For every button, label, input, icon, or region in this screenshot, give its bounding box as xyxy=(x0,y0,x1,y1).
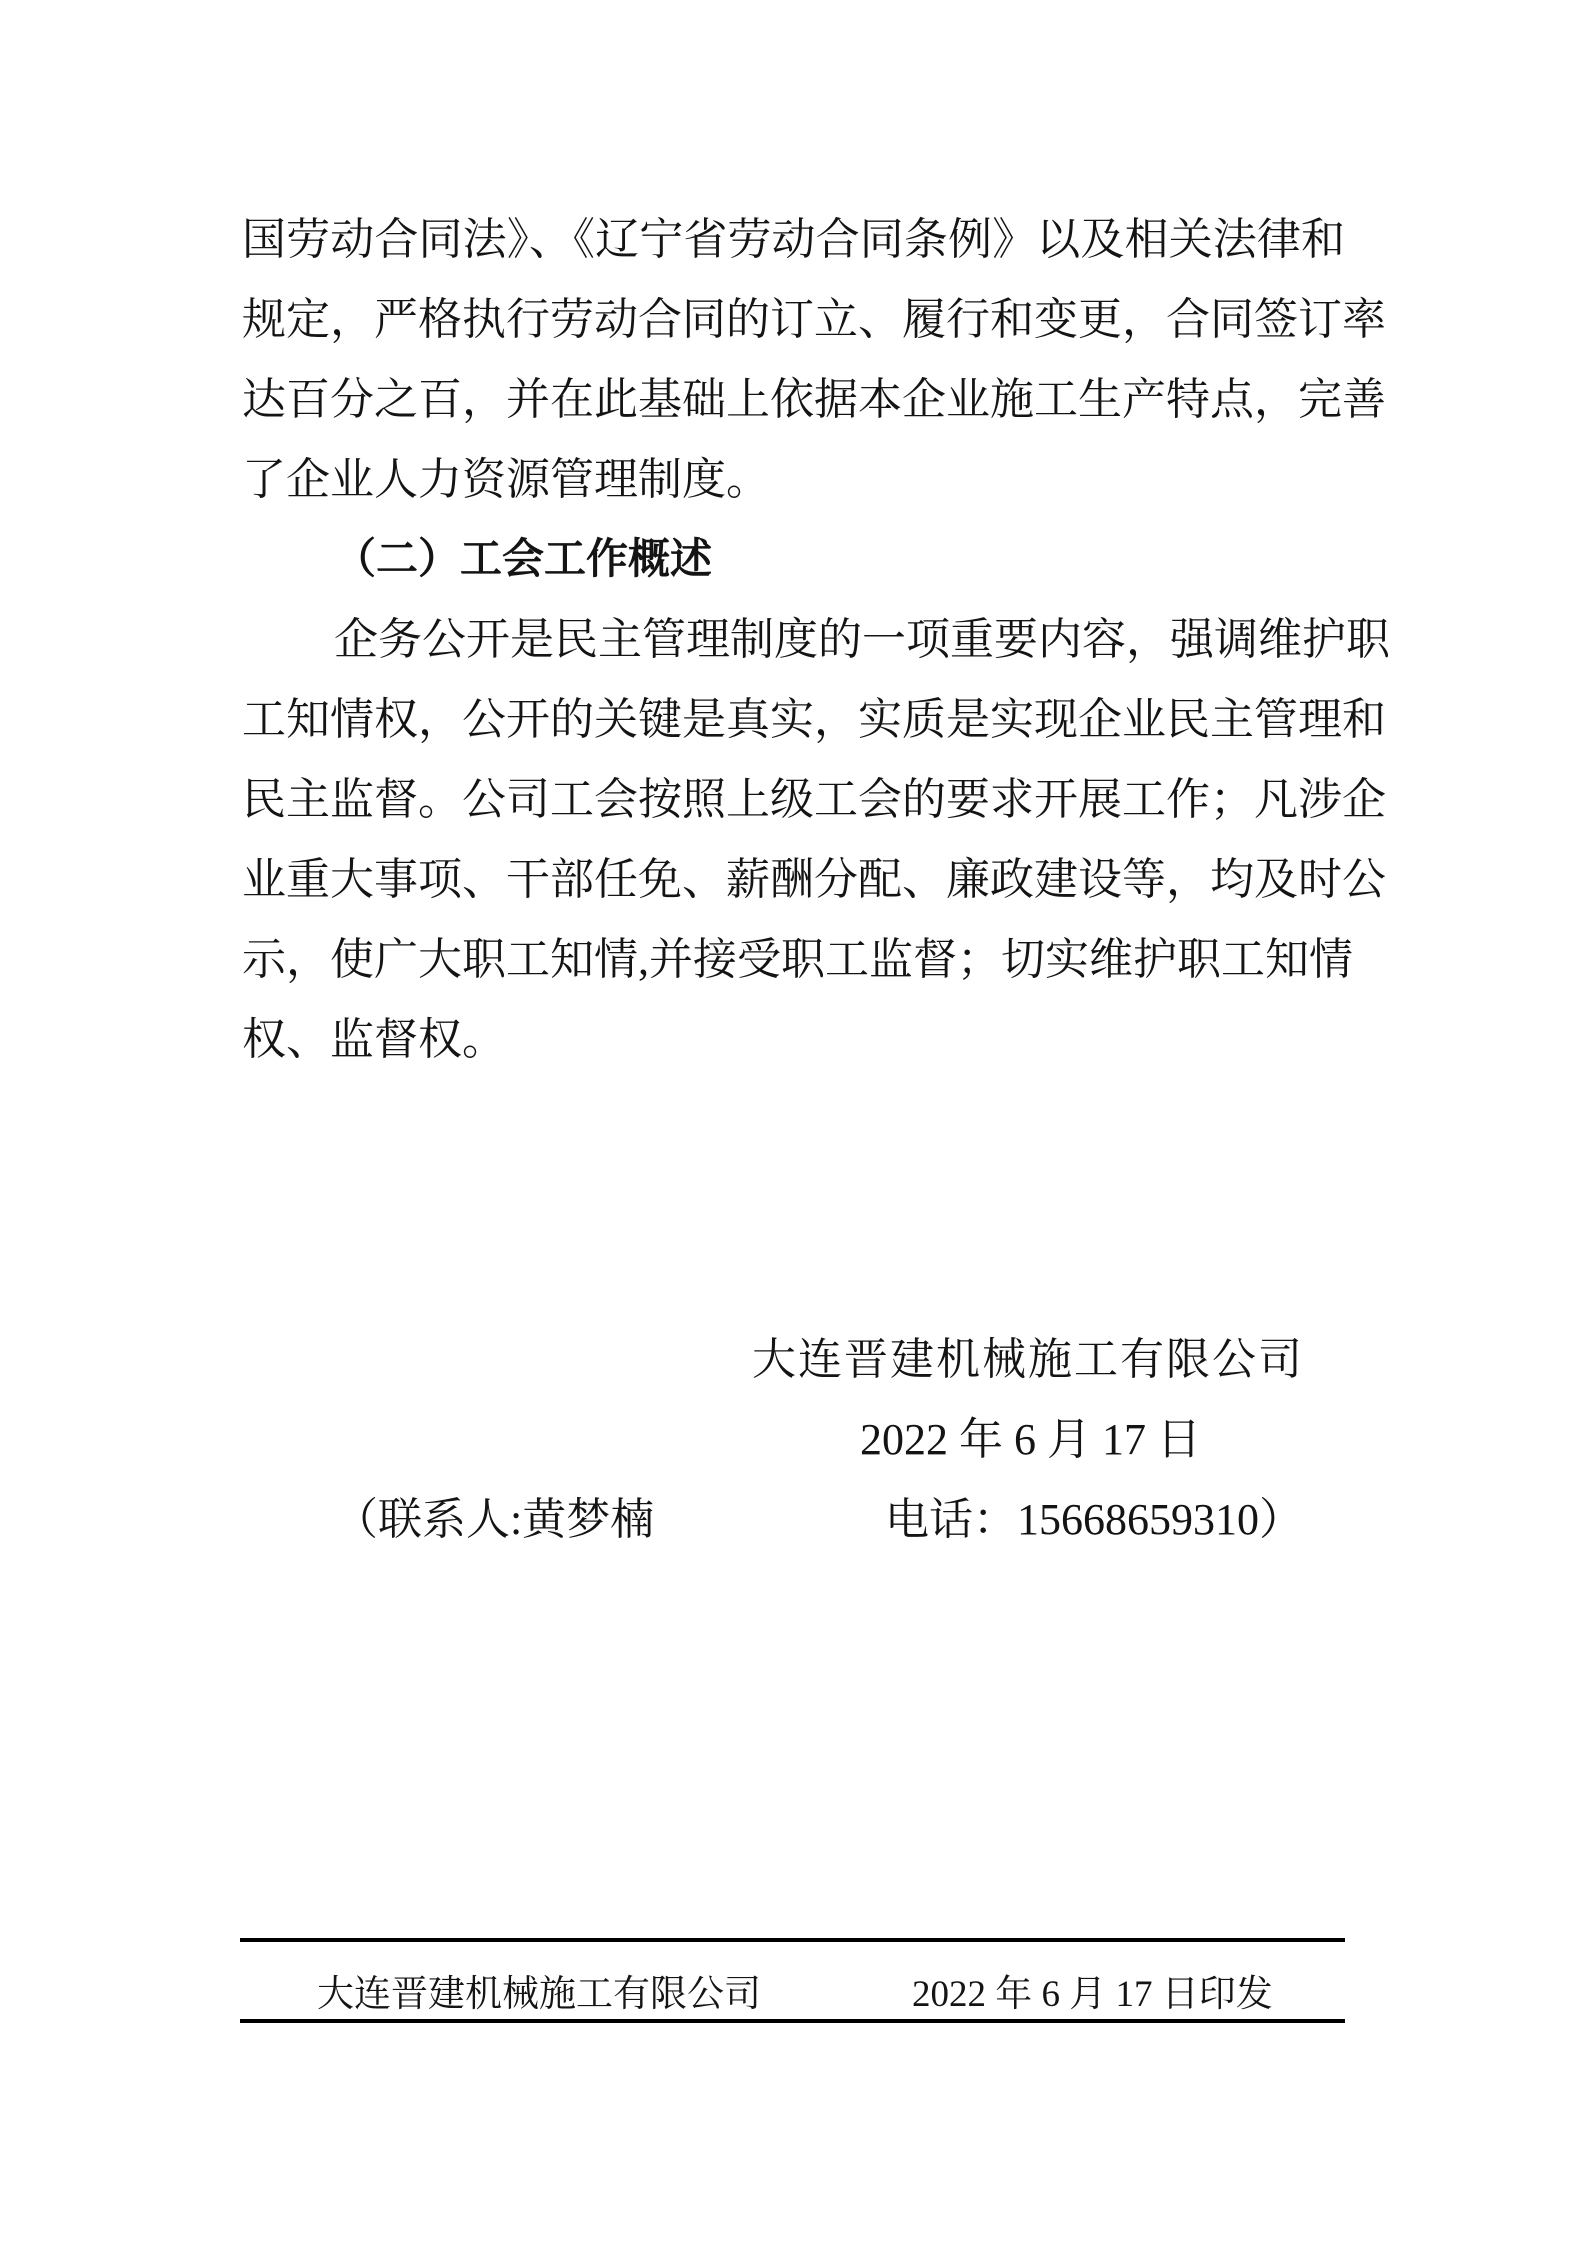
body-line: 企务公开是民主管理制度的一项重要内容，强调维护职 xyxy=(242,600,1345,680)
contact-person: （联系人:黄梦楠 xyxy=(334,1480,654,1560)
document-page: 国劳动合同法》、《辽宁省劳动合同条例》以及相关法律和 规定，严格执行劳动合同的订… xyxy=(0,0,1587,2245)
body-line: 规定，严格执行劳动合同的订立、履行和变更，合同签订率 xyxy=(242,280,1345,360)
footer-print-date: 2022 年 6 月 17 日印发 xyxy=(912,1970,1273,2020)
footer-rule-bottom xyxy=(240,2019,1345,2023)
body-line: 国劳动合同法》、《辽宁省劳动合同条例》以及相关法律和 xyxy=(242,200,1345,280)
body-line: 了企业人力资源管理制度。 xyxy=(242,440,1345,520)
body-line: 业重大事项、干部任免、薪酬分配、廉政建设等，均及时公 xyxy=(242,840,1345,920)
body-line: 民主监督。公司工会按照上级工会的要求开展工作；凡涉企 xyxy=(242,760,1345,840)
section-heading: （二）工会工作概述 xyxy=(242,520,1345,600)
body-line: 权、监督权。 xyxy=(242,1000,1345,1080)
signature-company: 大连晋建机械施工有限公司 xyxy=(752,1320,1304,1400)
body-line: 达百分之百，并在此基础上依据本企业施工生产特点，完善 xyxy=(242,360,1345,440)
document-body: 国劳动合同法》、《辽宁省劳动合同条例》以及相关法律和 规定，严格执行劳动合同的订… xyxy=(242,200,1345,1080)
footer-issuer: 大连晋建机械施工有限公司 xyxy=(317,1970,761,2020)
contact-phone: 电话：15668659310） xyxy=(885,1480,1303,1560)
body-line: 工知情权，公开的关键是真实，实质是实现企业民主管理和 xyxy=(242,680,1345,760)
signature-date: 2022 年 6 月 17 日 xyxy=(860,1400,1201,1480)
footer-rule-top xyxy=(240,1938,1345,1942)
body-line: 示，使广大职工知情,并接受职工监督；切实维护职工知情 xyxy=(242,920,1345,1000)
